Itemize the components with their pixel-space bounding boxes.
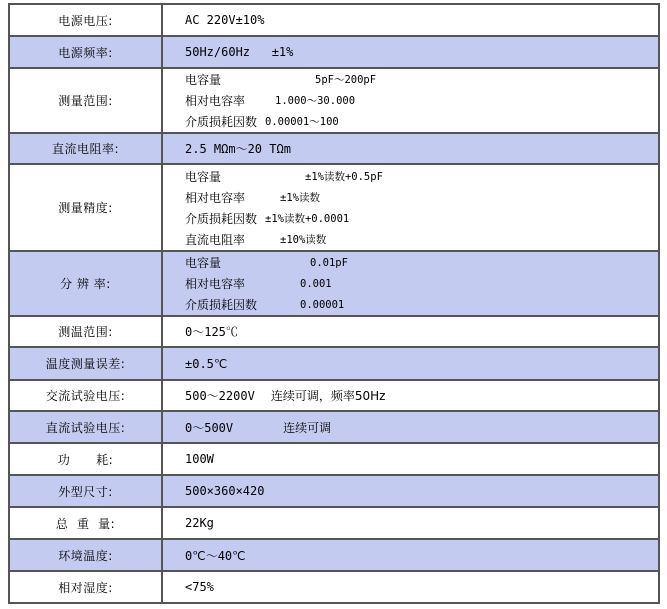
spec-value: AC 220V±10% [162,4,659,36]
table-row: 功 耗: 100W [9,443,659,475]
spec-label: 外型尺寸: [9,475,162,507]
spec-value: 50Hz/60Hz ±1% [162,36,659,68]
spec-label: 直流电阻率: [9,133,162,164]
table-row: 相对湿度: <75% [9,571,659,603]
table-row: 温度测量误差: ±0.5℃ [9,347,659,380]
spec-line: 电容量0.01pF [185,252,658,273]
spec-label: 测温范围: [9,316,162,347]
table-row: 直流试验电压: 0～500V连续可调 [9,411,659,443]
spec-label: 测量范围: [9,68,162,133]
spec-label: 相对湿度: [9,571,162,603]
table-row: 测量精度: 电容量±1%读数+0.5pF 相对电容率±1%读数 介质损耗因数±1… [9,164,659,251]
table-row: 分 辨 率: 电容量0.01pF 相对电容率0.001 介质损耗因数0.0000… [9,251,659,316]
spec-label: 功 耗: [9,443,162,475]
spec-value: 500×360×420 [162,475,659,507]
table-row: 电源频率: 50Hz/60Hz ±1% [9,36,659,68]
spec-value: 500～2200V连续可调，频率50Hz [162,380,659,411]
spec-line: 介质损耗因数0.00001 [185,294,658,315]
spec-value: 2.5 MΩm～20 TΩm [162,133,659,164]
spec-value: 22Kg [162,507,659,539]
spec-label: 总 重 量: [9,507,162,539]
spec-label: 电源电压: [9,4,162,36]
spec-table: 电源电压: AC 220V±10% 电源频率: 50Hz/60Hz ±1% 测量… [8,3,660,604]
spec-line: 介质损耗因数±1%读数+0.0001 [185,208,658,229]
spec-line: 直流电阻率±10%读数 [185,229,658,250]
table-row: 环境温度: 0℃～40℃ [9,539,659,571]
spec-value: 电容量0.01pF 相对电容率0.001 介质损耗因数0.00001 [162,251,659,316]
spec-label: 环境温度: [9,539,162,571]
spec-value: 电容量±1%读数+0.5pF 相对电容率±1%读数 介质损耗因数±1%读数+0.… [162,164,659,251]
spec-value: 0～500V连续可调 [162,411,659,443]
table-row: 测温范围: 0～125℃ [9,316,659,347]
table-row: 直流电阻率: 2.5 MΩm～20 TΩm [9,133,659,164]
spec-value: 电容量5pF～200pF 相对电容率1.000～30.000 介质损耗因数0.0… [162,68,659,133]
spec-line: 相对电容率1.000～30.000 [185,90,658,111]
table-row: 总 重 量: 22Kg [9,507,659,539]
spec-line: 相对电容率±1%读数 [185,187,658,208]
spec-label: 测量精度: [9,164,162,251]
spec-value: 0℃～40℃ [162,539,659,571]
spec-label: 电源频率: [9,36,162,68]
spec-line: 电容量5pF～200pF [185,69,658,90]
table-row: 交流试验电压: 500～2200V连续可调，频率50Hz [9,380,659,411]
spec-label: 交流试验电压: [9,380,162,411]
spec-value: ±0.5℃ [162,347,659,380]
table-row: 外型尺寸: 500×360×420 [9,475,659,507]
spec-value: 0～125℃ [162,316,659,347]
spec-line: 相对电容率0.001 [185,273,658,294]
table-row: 测量范围: 电容量5pF～200pF 相对电容率1.000～30.000 介质损… [9,68,659,133]
spec-line: 介质损耗因数0.00001～100 [185,111,658,132]
table-row: 电源电压: AC 220V±10% [9,4,659,36]
spec-value: 100W [162,443,659,475]
spec-value: <75% [162,571,659,603]
spec-label: 温度测量误差: [9,347,162,380]
spec-label: 直流试验电压: [9,411,162,443]
spec-line: 电容量±1%读数+0.5pF [185,166,658,187]
spec-label: 分 辨 率: [9,251,162,316]
